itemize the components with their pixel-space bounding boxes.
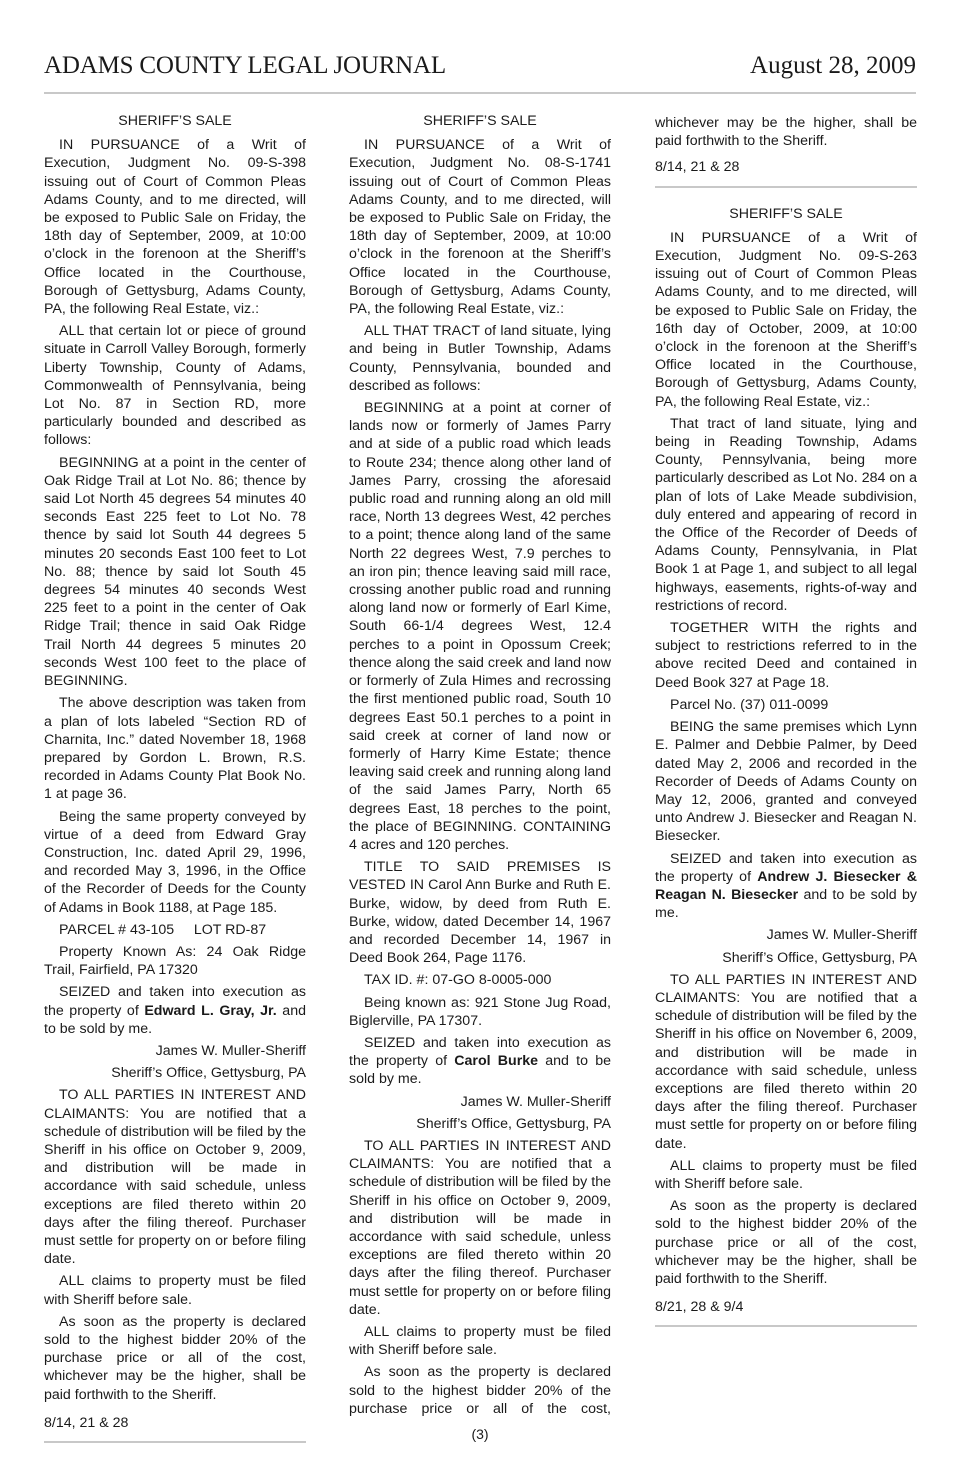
- deed-reference: BEING the same premises which Lynn E. Pa…: [655, 718, 917, 845]
- sheriff-sale-notice-2: SHERIFF’S SALE IN PURSUANCE of a Writ of…: [349, 112, 611, 1418]
- pursuance-paragraph: IN PURSUANCE of a Writ of Execution, Jud…: [349, 136, 611, 318]
- parcel-number: PARCEL # 43-105 LOT RD-87: [44, 921, 306, 939]
- publication-dates: 8/14, 21 & 28: [655, 158, 917, 176]
- claims-notice: ALL claims to property must be filed wit…: [655, 1157, 917, 1193]
- notice-divider: [655, 186, 917, 188]
- defendant-name: Carol Burke: [454, 1053, 538, 1069]
- pursuance-paragraph: IN PURSUANCE of a Writ of Execution, Jud…: [44, 136, 306, 318]
- sheriff-sale-notice-3: SHERIFF’S SALE IN PURSUANCE of a Writ of…: [655, 205, 917, 1328]
- sheriff-signature-name: James W. Muller-Sheriff: [44, 1042, 306, 1060]
- sheriff-signature-office: Sheriff’s Office, Gettysburg, PA: [349, 1115, 611, 1133]
- property-description: ALL THAT TRACT of land situate, lying an…: [349, 322, 611, 395]
- publication-dates: 8/21, 28 & 9/4: [655, 1298, 917, 1316]
- seized-paragraph: SEIZED and taken into execution as the p…: [349, 1034, 611, 1089]
- deed-reference: Being the same property conveyed by virt…: [44, 808, 306, 917]
- property-address: Being known as: 921 Stone Jug Road, Bigl…: [349, 994, 611, 1030]
- notice-divider: [655, 1325, 917, 1327]
- column-1: SHERIFF’S SALE IN PURSUANCE of a Writ of…: [44, 112, 306, 1460]
- notice-heading: SHERIFF’S SALE: [44, 112, 306, 130]
- notice-heading: SHERIFF’S SALE: [349, 112, 611, 130]
- page-number: (3): [0, 1426, 960, 1442]
- seized-paragraph: SEIZED and taken into execution as the p…: [655, 850, 917, 923]
- seized-paragraph: SEIZED and taken into execution as the p…: [44, 983, 306, 1038]
- issue-date: August 28, 2009: [750, 52, 916, 80]
- sheriff-sale-notice-1: SHERIFF’S SALE IN PURSUANCE of a Writ of…: [44, 112, 306, 1443]
- sheriff-signature-name: James W. Muller-Sheriff: [349, 1093, 611, 1111]
- metes-and-bounds: BEGINNING at a point in the center of Oa…: [44, 454, 306, 691]
- parties-notice: TO ALL PARTIES IN INTEREST AND CLAIMANTS…: [655, 971, 917, 1153]
- sheriff-signature-name: James W. Muller-Sheriff: [655, 926, 917, 944]
- sheriff-signature-office: Sheriff’s Office, Gettysburg, PA: [44, 1064, 306, 1082]
- metes-and-bounds: BEGINNING at a point at corner of lands …: [349, 399, 611, 854]
- defendant-name: Edward L. Gray, Jr.: [144, 1003, 276, 1019]
- claims-notice: ALL claims to property must be filed wit…: [349, 1323, 611, 1359]
- notice-heading: SHERIFF’S SALE: [655, 205, 917, 223]
- claims-notice: ALL claims to property must be filed wit…: [44, 1272, 306, 1308]
- payment-terms: As soon as the property is declared sold…: [655, 1197, 917, 1288]
- tax-id: TAX ID. #: 07-GO 8-0005-000: [349, 971, 611, 989]
- payment-terms: As soon as the property is declared sold…: [44, 1313, 306, 1404]
- property-description: That tract of land situate, lying and be…: [655, 415, 917, 615]
- column-3: whichever may be the higher, shall be pa…: [655, 114, 917, 1344]
- payment-terms-part-1: As soon as the property is declared sold…: [349, 1363, 611, 1418]
- property-description: ALL that certain lot or piece of ground …: [44, 322, 306, 449]
- journal-title: ADAMS COUNTY LEGAL JOURNAL: [44, 52, 446, 80]
- parties-notice: TO ALL PARTIES IN INTEREST AND CLAIMANTS…: [349, 1137, 611, 1319]
- payment-terms-part-2: whichever may be the higher, shall be pa…: [655, 114, 917, 150]
- title-vesting: TITLE TO SAID PREMISES IS VESTED IN Caro…: [349, 858, 611, 967]
- pursuance-paragraph: IN PURSUANCE of a Writ of Execution, Jud…: [655, 229, 917, 411]
- journal-header: ADAMS COUNTY LEGAL JOURNAL August 28, 20…: [44, 52, 916, 94]
- together-with: TOGETHER WITH the rights and subject to …: [655, 619, 917, 692]
- column-2: SHERIFF’S SALE IN PURSUANCE of a Writ of…: [349, 112, 611, 1422]
- property-address: Property Known As: 24 Oak Ridge Trail, F…: [44, 943, 306, 979]
- parties-notice: TO ALL PARTIES IN INTEREST AND CLAIMANTS…: [44, 1086, 306, 1268]
- parcel-number: Parcel No. (37) 011-0099: [655, 696, 917, 714]
- plan-reference: The above description was taken from a p…: [44, 694, 306, 803]
- sheriff-signature-office: Sheriff’s Office, Gettysburg, PA: [655, 949, 917, 967]
